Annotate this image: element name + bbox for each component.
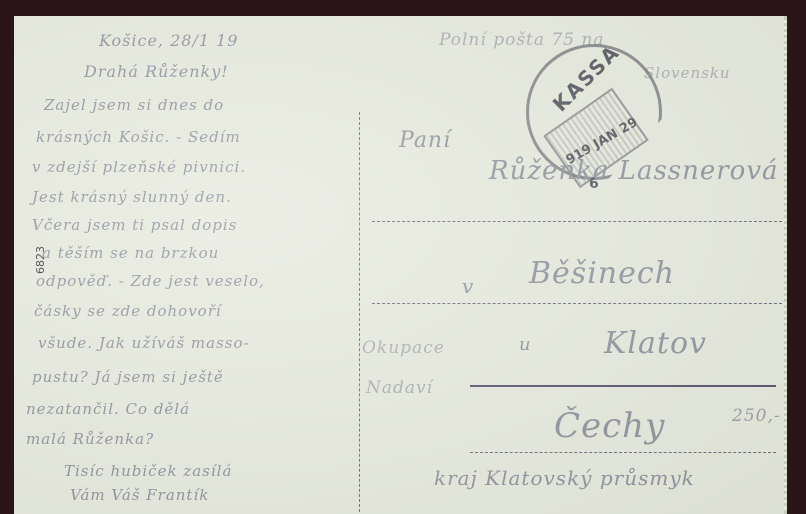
town: Běšinech bbox=[529, 256, 675, 291]
recipient-name: Růženka Lassnerová bbox=[489, 156, 779, 186]
place-date: Košice, 28/1 19 bbox=[99, 31, 238, 50]
side-note-2: Nadaví bbox=[366, 378, 433, 398]
message-line: čásky se zde dohovoří bbox=[34, 302, 222, 320]
message-line: odpověď. - Zde jest veselo, bbox=[36, 272, 265, 290]
address-line-4 bbox=[470, 452, 776, 453]
center-divider bbox=[359, 112, 360, 512]
message-line: pustu? Já jsem si ještě bbox=[32, 368, 224, 386]
message-line: Tisíc hubiček zasílá bbox=[64, 462, 232, 480]
greeting: Drahá Růženky! bbox=[84, 62, 229, 81]
address-line-1 bbox=[372, 221, 782, 222]
message-line: Jest krásný slunný den. bbox=[32, 188, 232, 206]
address-line-2 bbox=[372, 303, 782, 304]
field-post-note-2: Slovensku bbox=[644, 64, 731, 82]
message-line: a těším se na brzkou bbox=[42, 244, 219, 262]
message-line: všude. Jak užíváš masso- bbox=[38, 334, 250, 352]
message-signature: Vám Váš Frantík bbox=[70, 486, 209, 504]
town-prefix: v bbox=[462, 274, 474, 298]
price-note: 250,- bbox=[732, 406, 781, 426]
message-line: Zajel jsem si dnes do bbox=[44, 96, 224, 114]
message-line: v zdejší plzeňské pivnici. bbox=[32, 158, 246, 176]
side-note-1: Okupace bbox=[362, 338, 445, 358]
country: Čechy bbox=[554, 406, 665, 446]
district: kraj Klatovský průsmyk bbox=[434, 466, 695, 490]
salutation: Paní bbox=[399, 128, 451, 153]
message-line: Včera jsem ti psal dopis bbox=[32, 216, 237, 234]
via-prefix: u bbox=[519, 334, 532, 355]
postcard-back: 6823 Košice, 28/1 19 Drahá Růženky! Zaje… bbox=[14, 16, 787, 514]
message-line: nezatančil. Co dělá bbox=[26, 400, 190, 418]
via-town: Klatov bbox=[604, 326, 707, 361]
message-line: krásných Košic. - Sedím bbox=[36, 128, 241, 146]
address-line-3 bbox=[470, 385, 776, 387]
message-line: malá Růženka? bbox=[26, 430, 154, 448]
